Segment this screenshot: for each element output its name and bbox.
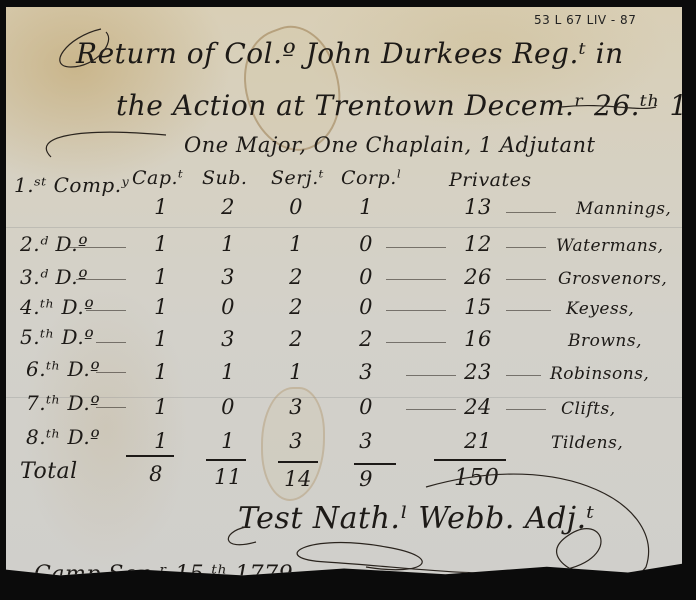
sub-cell: 3 <box>208 327 248 351</box>
company-label: 5.ᵗʰ D.º <box>20 325 94 349</box>
sub-cell: 2 <box>208 195 248 219</box>
sum-line <box>126 455 174 457</box>
corpl-cell: 0 <box>346 395 386 419</box>
corpl-cell: 0 <box>346 295 386 319</box>
capt-cell: 1 <box>141 195 181 219</box>
sub-cell: 3 <box>208 265 248 289</box>
captain-name: Robinsons, <box>550 364 649 384</box>
total-privates: 150 <box>454 465 494 491</box>
sum-line <box>278 461 318 463</box>
sum-line <box>354 463 396 465</box>
company-label: 1.ˢᵗ Comp.ʸ <box>14 173 129 197</box>
privates-cell: 16 <box>458 327 498 351</box>
sum-line <box>206 459 246 461</box>
serjt-cell: 1 <box>276 360 316 384</box>
leader-dash <box>506 375 541 376</box>
corpl-cell: 3 <box>346 360 386 384</box>
leader-dash <box>406 375 456 376</box>
leader-dash <box>96 372 126 373</box>
column-header-serjt: Serj.ᵗ <box>271 167 324 189</box>
serjt-cell: 0 <box>276 195 316 219</box>
company-label: 4.ᵗʰ D.º <box>20 295 94 319</box>
total-serjt: 14 <box>278 467 318 491</box>
manuscript-page: 53 L 67 LIV - 87 Return of Col.º John Du… <box>6 7 682 587</box>
corpl-cell: 1 <box>346 195 386 219</box>
leader-dash <box>506 279 546 280</box>
serjt-cell: 2 <box>276 265 316 289</box>
officers-note: One Major, One Chaplain, 1 Adjutant <box>184 133 595 157</box>
captain-name: Tildens, <box>551 433 623 453</box>
leader-dash <box>96 407 126 408</box>
leader-dash <box>86 310 126 311</box>
column-header-corpl: Corp.ˡ <box>341 167 402 189</box>
corpl-cell: 0 <box>346 232 386 256</box>
sub-cell: 1 <box>208 429 248 453</box>
leader-dash <box>386 342 446 343</box>
captain-name: Clifts, <box>561 399 616 419</box>
captain-name: Browns, <box>568 331 642 351</box>
total-sub: 11 <box>208 465 248 489</box>
privates-cell: 26 <box>458 265 498 289</box>
leader-dash <box>386 310 446 311</box>
corpl-cell: 2 <box>346 327 386 351</box>
heading-line-1: Return of Col.º John Durkees Reg.ᵗ in <box>76 37 624 70</box>
privates-cell: 23 <box>458 360 498 384</box>
dateline: Camp Sep.ʳ 15.ᵗʰ 1779 <box>34 562 293 587</box>
capt-cell: 1 <box>141 395 181 419</box>
column-header-capt: Cap.ᵗ <box>132 167 183 189</box>
company-label: 3.ᵈ D.º <box>20 265 88 289</box>
leader-dash <box>66 247 126 248</box>
sub-cell: 1 <box>208 360 248 384</box>
captain-name: Watermans, <box>556 236 663 256</box>
attestation-signature: Test Nath.ˡ Webb. Adj.ᵗ <box>238 501 595 536</box>
company-label: 8.ᵗʰ D.º <box>26 425 100 449</box>
total-capt: 8 <box>136 462 176 486</box>
column-header-sub: Sub. <box>202 167 247 189</box>
leader-dash <box>506 247 546 248</box>
captain-name: Grosvenors, <box>558 269 667 289</box>
corpl-cell: 3 <box>346 429 386 453</box>
captain-name: Mannings, <box>576 199 671 219</box>
capt-cell: 1 <box>141 360 181 384</box>
leader-dash <box>406 409 456 410</box>
sum-line <box>434 459 506 461</box>
heading-line-2: the Action at Trentown Decem.ʳ 26.ᵗʰ 177… <box>116 89 696 122</box>
serjt-cell: 2 <box>276 327 316 351</box>
corpl-cell: 0 <box>346 265 386 289</box>
capt-cell: 1 <box>141 327 181 351</box>
serjt-cell: 3 <box>276 395 316 419</box>
serjt-cell: 2 <box>276 295 316 319</box>
serjt-cell: 3 <box>276 429 316 453</box>
capt-cell: 1 <box>141 295 181 319</box>
fold-line <box>6 227 682 228</box>
leader-dash <box>76 279 126 280</box>
archive-marking: 53 L 67 LIV - 87 <box>534 13 636 27</box>
fold-line <box>6 397 682 398</box>
privates-cell: 21 <box>458 429 498 453</box>
capt-cell: 1 <box>141 265 181 289</box>
company-label: 2.ᵈ D.º <box>20 232 88 256</box>
company-label: 6.ᵗʰ D.º <box>26 357 100 381</box>
privates-cell: 12 <box>458 232 498 256</box>
sub-cell: 0 <box>208 395 248 419</box>
capt-cell: 1 <box>141 232 181 256</box>
leader-dash <box>506 409 546 410</box>
sub-cell: 1 <box>208 232 248 256</box>
capt-cell: 1 <box>141 429 181 453</box>
serjt-cell: 1 <box>276 232 316 256</box>
privates-cell: 24 <box>458 395 498 419</box>
column-header-privates: Privates <box>449 169 532 191</box>
leader-dash <box>386 279 446 280</box>
total-label: Total <box>20 459 78 484</box>
company-label: 7.ᵗʰ D.º <box>26 391 100 415</box>
total-corpl: 9 <box>346 467 386 491</box>
leader-dash <box>506 310 551 311</box>
sub-cell: 0 <box>208 295 248 319</box>
leader-dash <box>96 342 126 343</box>
leader-dash <box>386 247 446 248</box>
privates-cell: 13 <box>458 195 498 219</box>
captain-name: Keyess, <box>566 299 634 319</box>
privates-cell: 15 <box>458 295 498 319</box>
leader-dash <box>506 212 556 213</box>
